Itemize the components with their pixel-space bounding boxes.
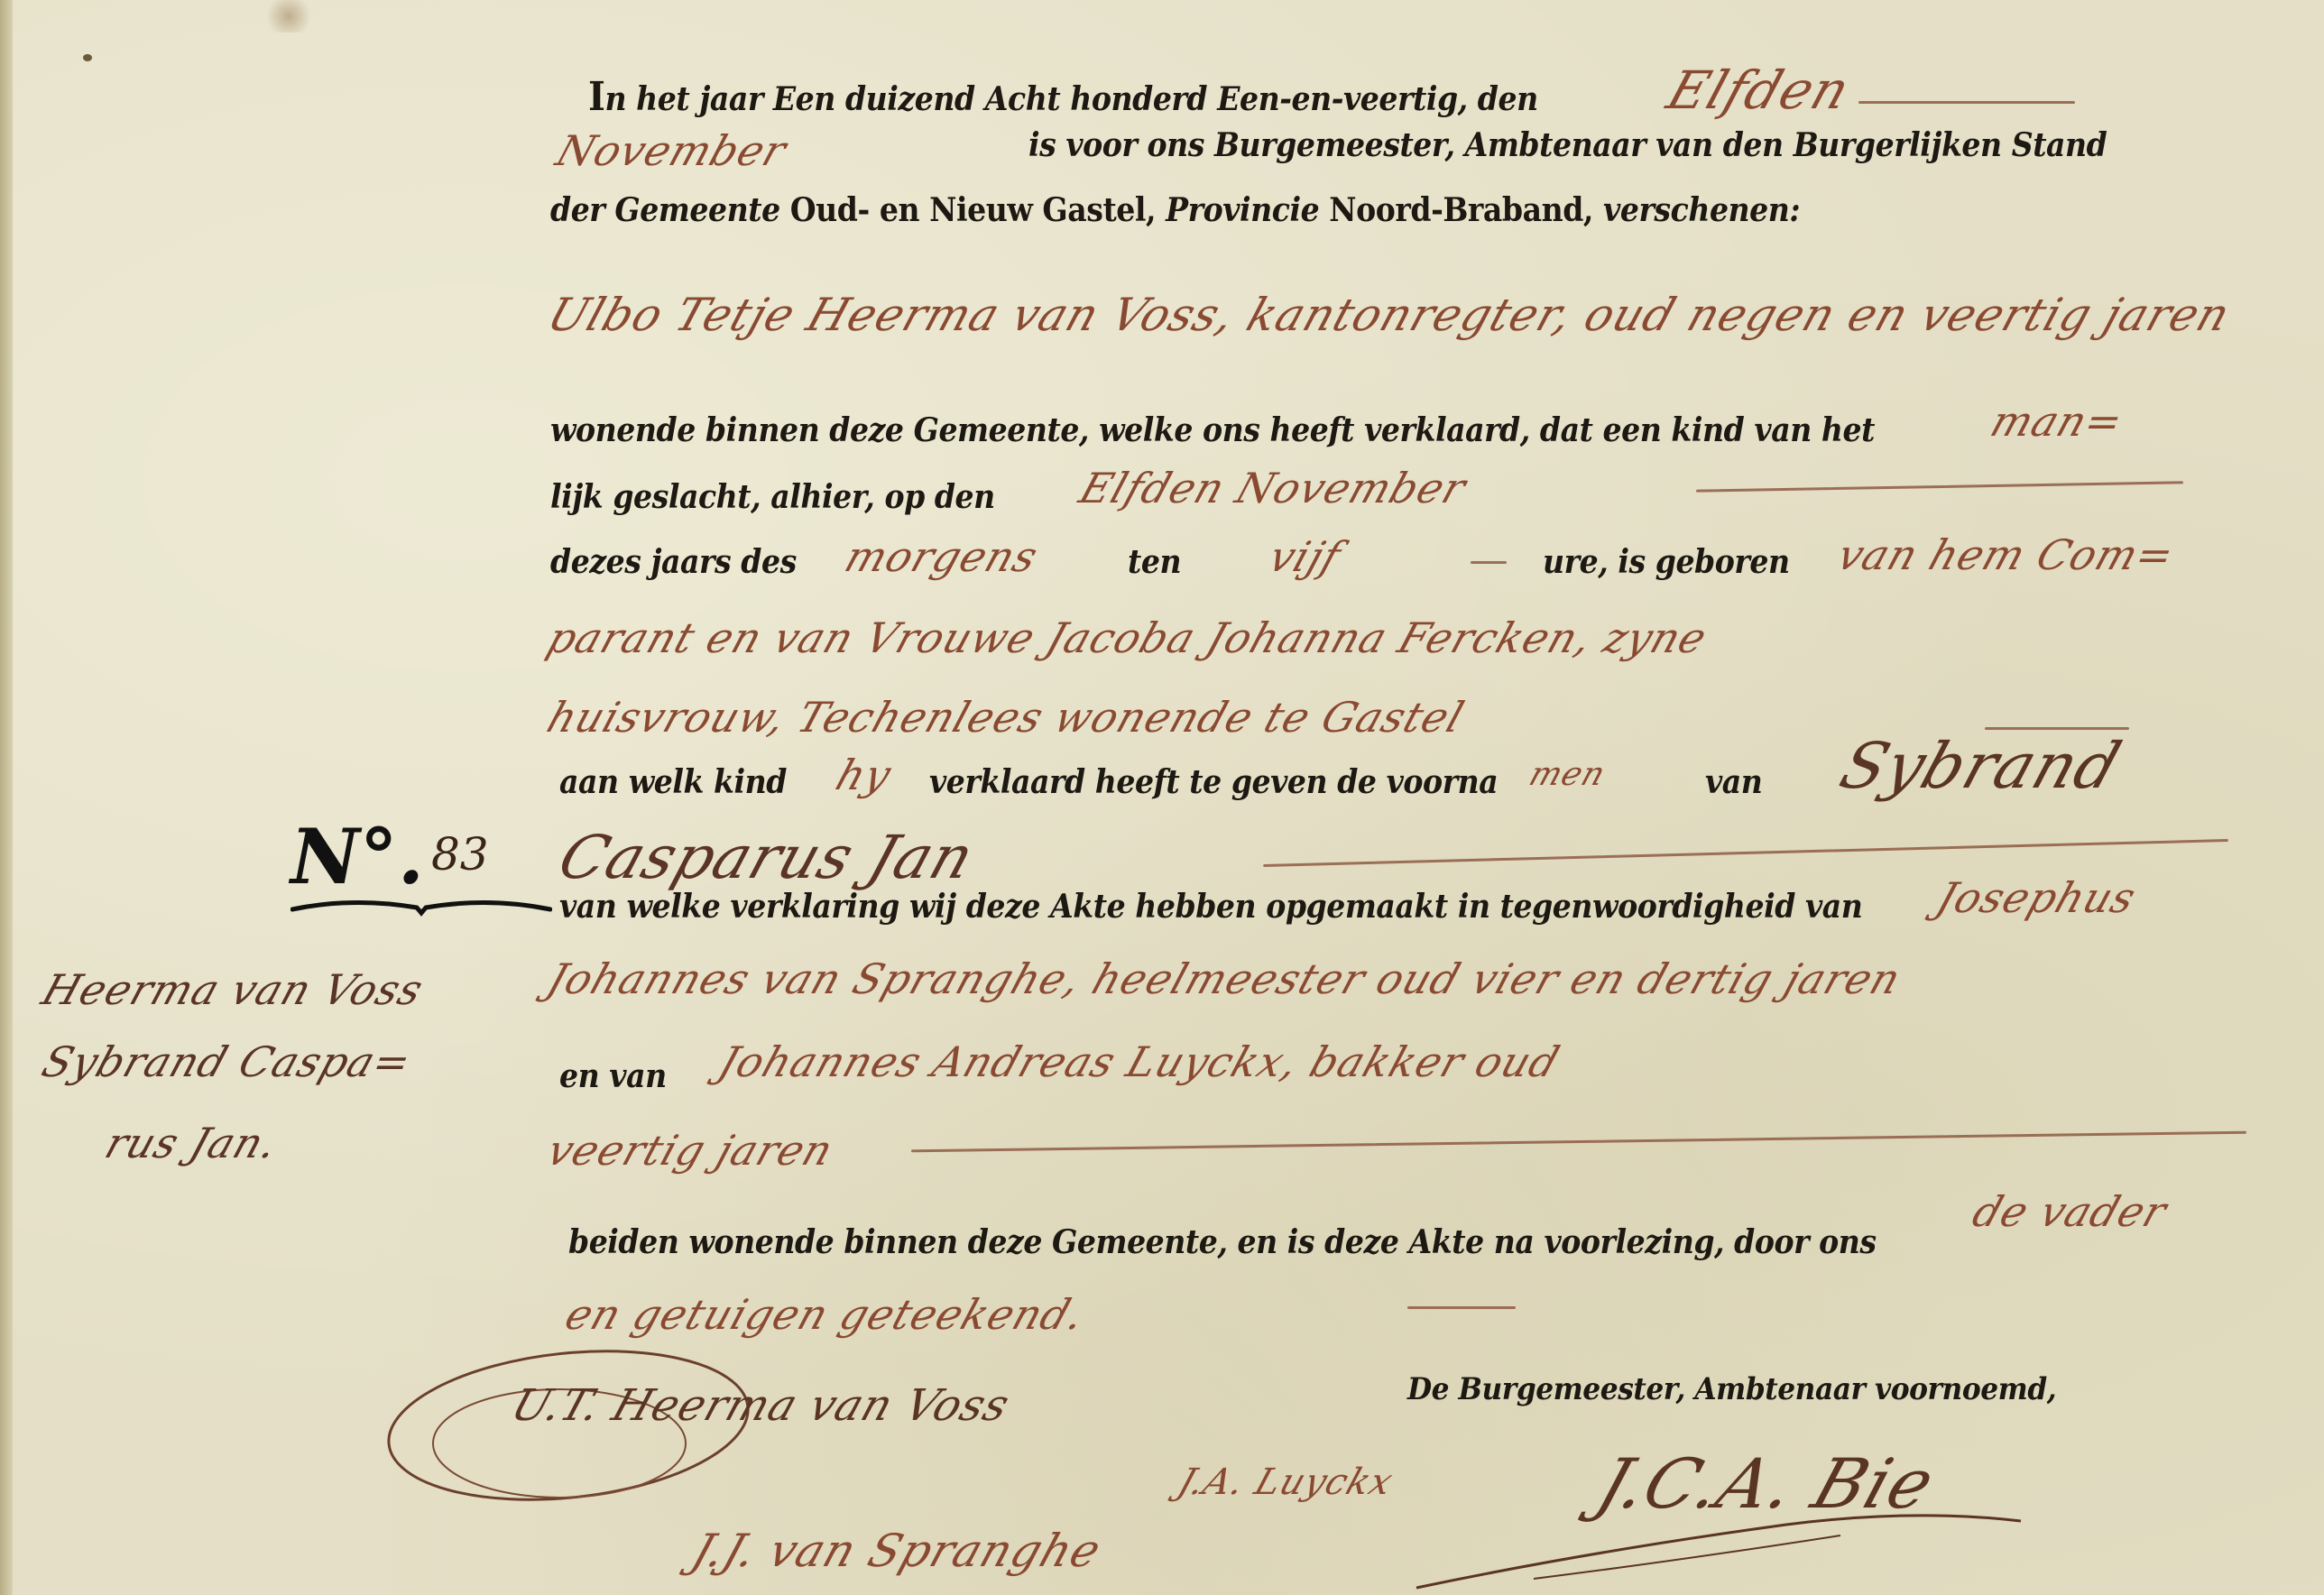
record-number: 83	[431, 828, 489, 880]
printed-line-3: der Gemeente Oud- en Nieuw Gastel, Provi…	[550, 191, 1800, 229]
printed-line-14: en van	[559, 1057, 667, 1095]
printed-text: n het jaar Een duizend Acht honderd Een-…	[604, 80, 1537, 118]
handwritten-born-1: van hem Com=	[1831, 530, 2181, 579]
handwritten-child-name-2: Casparus Jan	[550, 823, 983, 892]
printed-line-6: lijk geslacht, alhier, op den	[550, 478, 995, 516]
handwritten-month: November	[550, 126, 793, 175]
handwritten-child-name-1: Sybrand	[1831, 729, 2130, 803]
printed-line-5: wonende binnen deze Gemeente, welke ons …	[550, 411, 1875, 449]
margin-given-names-1: Sybrand Caspa=	[36, 1037, 418, 1086]
printed-line-10c: van	[1705, 763, 1762, 801]
printed-text: der Gemeente	[550, 191, 780, 229]
brace-ornament	[290, 893, 552, 920]
handwritten-born-3: huisvrouw, Techenlees wonende te Gastel	[541, 693, 1471, 742]
handwritten-witness1-1: Josephus	[1931, 873, 2143, 922]
printed-text: Provincie	[1166, 191, 1319, 229]
handwritten-witness1-2: Johannes van Spranghe, heelmeester oud v…	[541, 954, 1907, 1003]
signature-witness-luyckx: J.A. Luyckx	[1173, 1461, 1398, 1503]
closing-line: De Burgemeester, Ambtenaar voornoemd,	[1407, 1371, 2056, 1407]
printed-line-1: In het jaar Een duizend Acht honderd Een…	[588, 74, 1538, 120]
paper-edge	[0, 0, 13, 1595]
ink-smudge	[262, 0, 316, 32]
printed-line-2: is voor ons Burgemeester, Ambtenaar van …	[1028, 126, 2107, 164]
handwritten-signing-note-1: de vader	[1967, 1187, 2173, 1236]
fill-line	[1858, 101, 2075, 104]
printed-line-7c: ure, is geboren	[1543, 543, 1790, 581]
signature-witness-spranghe: J.J. van Spranghe	[686, 1525, 1108, 1577]
fill-line	[1696, 481, 2183, 492]
handwritten-declarant: Ulbo Tetje Heerma van Voss, kantonregter…	[541, 289, 2237, 341]
handwritten-birth-date: Elfden November	[1074, 464, 1472, 512]
province-name: Noord-Braband,	[1329, 191, 1593, 229]
fill-line	[1263, 839, 2228, 867]
signature-father: U.T. Heerma van Voss	[505, 1380, 1016, 1431]
handwritten-declared-by: hy	[830, 751, 898, 799]
handwritten-witness2-2: veertig jaren	[541, 1126, 840, 1175]
fill-line	[911, 1131, 2246, 1153]
handwritten-time-of-day: morgens	[839, 532, 1045, 581]
drop-initial: I	[588, 74, 604, 120]
signature-flourish-father	[379, 1335, 758, 1552]
handwritten-hour: vijf	[1263, 532, 1348, 581]
ink-speck	[83, 54, 92, 61]
fill-line	[1471, 561, 1507, 564]
handwritten-witness2-1: Johannes Andreas Luyckx, bakker oud	[713, 1037, 1566, 1086]
printed-text: verschenen:	[1603, 191, 1800, 229]
margin-surname: Heerma van Voss	[36, 965, 429, 1014]
printed-line-12: van welke verklaring wij deze Akte hebbe…	[559, 888, 1862, 926]
printed-line-16: beiden wonende binnen deze Gemeente, en …	[568, 1223, 1877, 1261]
handwritten-signing-note-2: en getuigen geteekend.	[559, 1290, 1092, 1339]
handwritten-sex: man=	[1985, 397, 2130, 446]
printed-line-7b: ten	[1128, 543, 1181, 581]
handwritten-born-2: parant en van Vrouwe Jacoba Johanna Ferc…	[541, 613, 1713, 662]
margin-given-names-2: rus Jan.	[99, 1119, 285, 1167]
printed-line-10b: verklaard heeft te geven de voorna	[929, 763, 1498, 801]
signature-flourish-burgemeester	[1407, 1498, 2039, 1595]
municipality-name: Oud- en Nieuw Gastel,	[790, 191, 1156, 229]
printed-line-7a: dezes jaars des	[550, 543, 797, 581]
fill-line	[1407, 1306, 1516, 1309]
handwritten-day: Elfden	[1660, 60, 1858, 121]
record-number-label: N°.	[290, 812, 424, 901]
handwritten-voorna-suffix: men	[1525, 756, 1610, 793]
printed-line-10a: aan welk kind	[559, 763, 787, 801]
